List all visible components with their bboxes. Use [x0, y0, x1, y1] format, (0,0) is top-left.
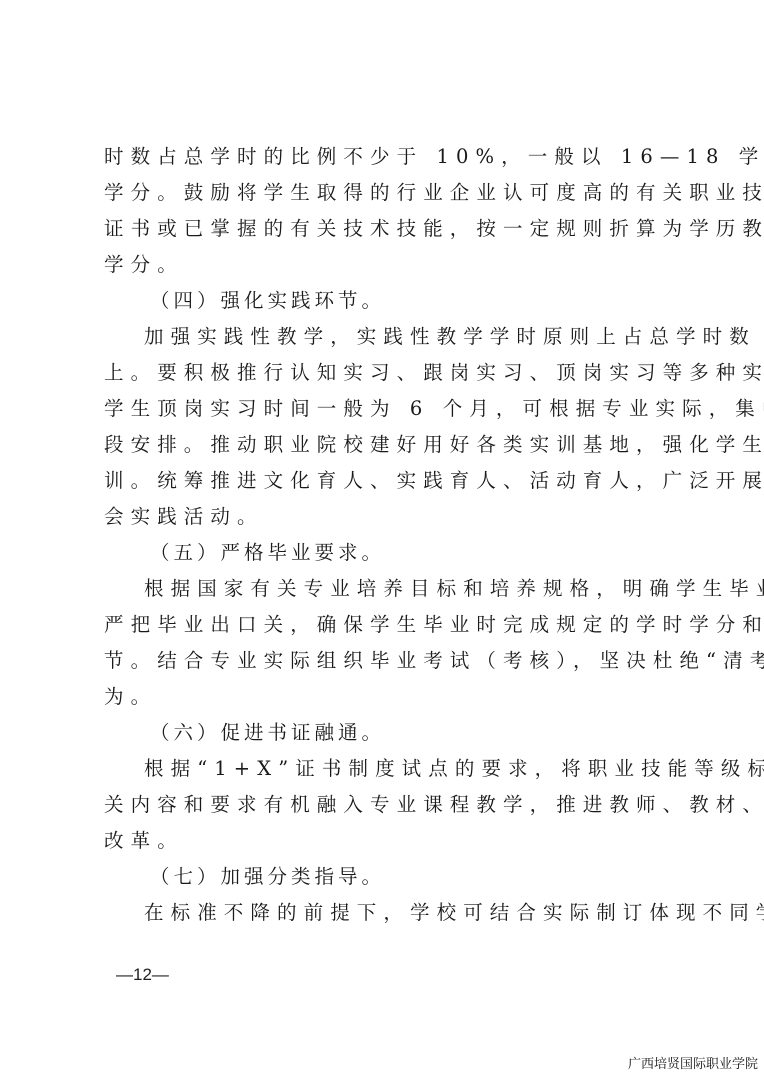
text-line: 改革。: [104, 823, 670, 859]
page-number: —12—: [116, 965, 169, 985]
section-heading: （六）促进书证融通。: [104, 715, 670, 751]
text-line: 根据国家有关专业培养目标和培养规格，明确学生毕业要求，: [104, 571, 670, 607]
text-line: 严把毕业出口关，确保学生毕业时完成规定的学时学分和教学环: [104, 607, 670, 643]
text-line: 会实践活动。: [104, 499, 670, 535]
text-line: 关内容和要求有机融入专业课程教学，推进教师、教材、教法等: [104, 787, 670, 823]
text-line: 上。要积极推行认知实习、跟岗实习、顶岗实习等多种实习方式。: [104, 355, 670, 391]
text-line: 在标准不降的前提下，学校可结合实际制订体现不同学校和: [104, 895, 670, 931]
text-line: 时数占总学时的比例不少于 10%，一般以 16—18 学时计为 1 个: [104, 139, 670, 175]
document-page: 时数占总学时的比例不少于 10%，一般以 16—18 学时计为 1 个 学分。鼓…: [0, 0, 764, 1080]
text-line: 为。: [104, 679, 670, 715]
text-line: 加强实践性教学，实践性教学学时原则上占总学时数 50%以: [104, 319, 670, 355]
document-body: 时数占总学时的比例不少于 10%，一般以 16—18 学时计为 1 个 学分。鼓…: [104, 139, 670, 931]
section-heading: （七）加强分类指导。: [104, 859, 670, 895]
text-line: 证书或已掌握的有关技术技能，按一定规则折算为学历教育相应: [104, 211, 670, 247]
institution-watermark: 广西培贤国际职业学院: [628, 1053, 758, 1072]
text-line: 根据“1+X”证书制度试点的要求，将职业技能等级标准有: [104, 751, 670, 787]
text-line: 训。统筹推进文化育人、实践育人、活动育人，广泛开展各类社: [104, 463, 670, 499]
text-line: 学分。鼓励将学生取得的行业企业认可度高的有关职业技能等级: [104, 175, 670, 211]
text-line: 段安排。推动职业院校建好用好各类实训基地，强化学生实习实: [104, 427, 670, 463]
text-line: 学分。: [104, 247, 670, 283]
section-heading: （四）强化实践环节。: [104, 283, 670, 319]
text-line: 学生顶岗实习时间一般为 6 个月，可根据专业实际，集中或分阶: [104, 391, 670, 427]
text-line: 节。结合专业实际组织毕业考试（考核），坚决杜绝“清考”行: [104, 643, 670, 679]
section-heading: （五）严格毕业要求。: [104, 535, 670, 571]
